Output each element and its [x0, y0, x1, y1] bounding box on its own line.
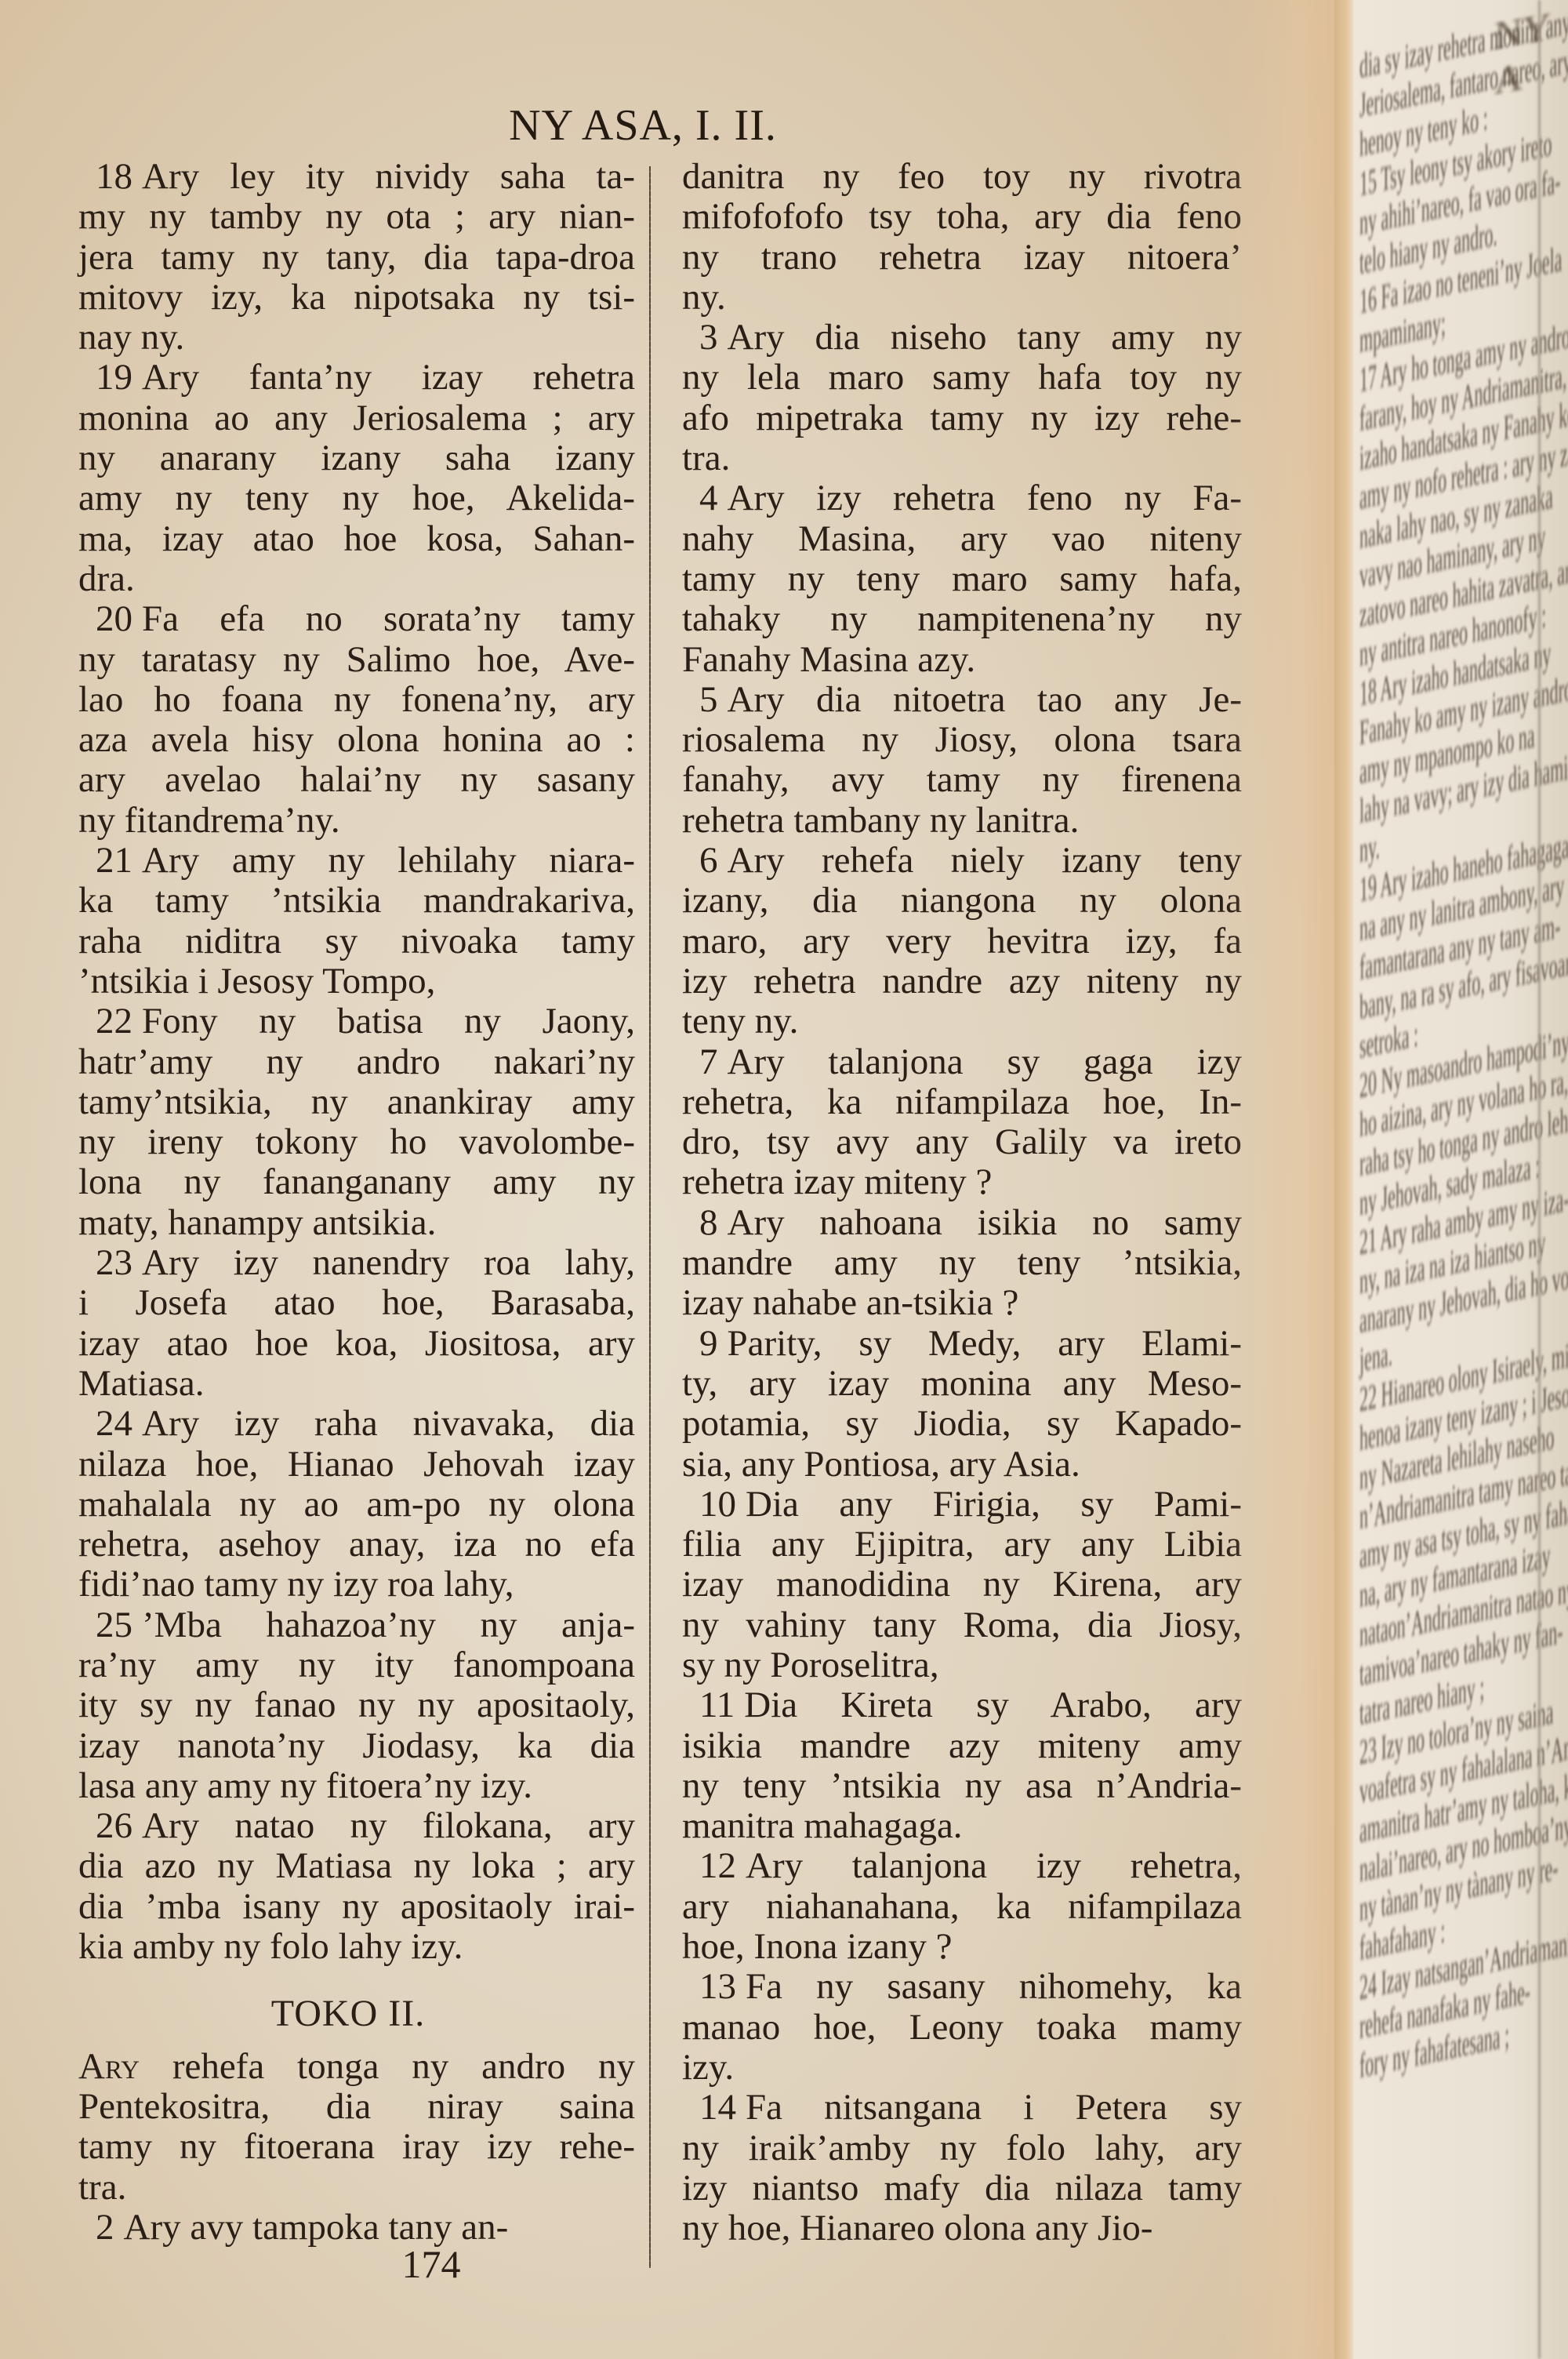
text-line: 8Ary nahoana isikia no samy: [665, 1203, 1242, 1243]
verse-number: 26: [96, 1805, 132, 1846]
verse-23: 23Ary izy nanendry roa lahy,i Josefa ata…: [61, 1243, 635, 1404]
verse-12: 12Ary talanjona izy rehetra,ary niahanah…: [665, 1846, 1242, 1967]
text-line: fidi’nao tamy ny izy roa lahy,: [61, 1565, 635, 1605]
text-line: ny ireny tokony ho vavolombe-: [61, 1122, 635, 1162]
text-line: sia, any Pontiosa, ary Asia.: [665, 1445, 1242, 1485]
verse-8: 8Ary nahoana isikia no samymandre amy ny…: [665, 1203, 1242, 1324]
text-line: 12Ary talanjona izy rehetra,: [665, 1846, 1242, 1886]
verse-number: 3: [699, 317, 718, 358]
verse-number: 25: [96, 1605, 132, 1645]
text-line: ny lela maro samy hafa toy ny: [665, 358, 1242, 398]
text-line: 26Ary natao ny filokana, ary: [61, 1806, 635, 1846]
text-line: izay nanota’ny Jiodasy, ka dia: [61, 1726, 635, 1766]
text-line: hatr’amy ny andro nakari’ny: [61, 1042, 635, 1082]
verse-number: 20: [96, 598, 132, 639]
text-line: ary avelao halai’ny ny sasany: [61, 760, 635, 800]
text-line: tra.: [665, 438, 1242, 478]
verse-10: 10Dia any Firigia, sy Pami-filia any Eji…: [665, 1485, 1242, 1685]
verse-number: 21: [96, 840, 132, 881]
verse-number: 10: [699, 1484, 736, 1525]
text-line: 10Dia any Firigia, sy Pami-: [665, 1485, 1242, 1525]
verse-18: 18Ary ley ity nividy saha ta-my ny tamby…: [61, 157, 635, 358]
text-line: 25’Mba hahazoa’ny ny anja-: [61, 1605, 635, 1645]
running-head: NY ASA, I. II.: [0, 100, 1286, 151]
verse-25: 25’Mba hahazoa’ny ny anja-ra’ny amy ny i…: [61, 1605, 635, 1806]
text-line: manitra mahagaga.: [665, 1806, 1242, 1846]
text-line: tamy’ntsikia, ny anankiray amy: [61, 1082, 635, 1122]
text-line: i Josefa atao hoe, Barasaba,: [61, 1283, 635, 1323]
page-number: 174: [329, 2241, 533, 2287]
right-column: danitra ny feo toy ny rivotramifofofofo …: [665, 157, 1242, 2248]
text-line: filia any Ejipitra, ary any Libia: [665, 1525, 1242, 1565]
text-line: nilaza hoe, Hianao Jehovah izay: [61, 1445, 635, 1485]
text-line: mahalala ny ao am-po ny olona: [61, 1485, 635, 1525]
text-line: izy rehetra nandre azy niteny ny: [665, 961, 1242, 1001]
text-line: 7Ary talanjona sy gaga izy: [665, 1042, 1242, 1082]
verse-11: 11Dia Kireta sy Arabo, aryisikia mandre …: [665, 1685, 1242, 1846]
text-line: hoe, Inona izany ?: [665, 1927, 1242, 1967]
verse-number: 8: [699, 1202, 718, 1243]
text-line: fanahy, avy tamy ny firenena: [665, 760, 1242, 800]
chapter-heading: TOKO II.: [61, 1994, 635, 2034]
text-line: tamy ny teny maro samy hafa,: [665, 559, 1242, 599]
text-line: 24Ary izy raha nivavaka, dia: [61, 1404, 635, 1444]
text-line: tra.: [61, 2168, 635, 2208]
text-line: 20Fa efa no sorata’ny tamy: [61, 599, 635, 639]
text-line: ty, ary izay monina any Meso-: [665, 1364, 1242, 1404]
text-line: ka tamy ’ntsikia mandrakariva,: [61, 881, 635, 921]
text-line: 4Ary izy rehetra feno ny Fa-: [665, 478, 1242, 518]
verse-number: 24: [96, 1403, 132, 1444]
left-column: 18Ary ley ity nividy saha ta-my ny tamby…: [61, 157, 635, 2248]
text-line: raha niditra sy nivoaka tamy: [61, 921, 635, 961]
text-line: 13Fa ny sasany nihomehy, ka: [665, 1967, 1242, 2007]
text-line: potamia, sy Jiodia, sy Kapado-: [665, 1404, 1242, 1444]
text-line: ny vahiny tany Roma, dia Jiosy,: [665, 1605, 1242, 1645]
text-line: jera tamy ny tany, dia tapa-droa: [61, 238, 635, 278]
page-gutter-edge: [1334, 0, 1355, 2359]
text-line: my ny tamby ny ota ; ary nian-: [61, 197, 635, 237]
text-line: ny anarany izany saha izany: [61, 438, 635, 478]
text-line: ny.: [665, 278, 1242, 318]
text-line: ity sy ny fanao ny ny apositaoly,: [61, 1685, 635, 1725]
verse-number: 5: [699, 679, 718, 720]
chapter-initial-word: Ary: [78, 2046, 140, 2087]
verse-number: 23: [96, 1242, 132, 1283]
text-line: ’ntsikia i Jesosy Tompo,: [61, 961, 635, 1001]
text-line: ny fitandrema’ny.: [61, 801, 635, 841]
verse-9: 9Parity, sy Medy, ary Elami-ty, ary izay…: [665, 1324, 1242, 1485]
verse-number: 4: [699, 478, 718, 518]
verse-22: 22Fony ny batisa ny Jaony,hatr’amy ny an…: [61, 1001, 635, 1243]
verse-7: 7Ary talanjona sy gaga izyrehetra, ka ni…: [665, 1042, 1242, 1203]
text-line: mandre amy ny teny ’ntsikia,: [665, 1243, 1242, 1283]
verse-3: 3Ary dia niseho tany amy nyny lela maro …: [665, 318, 1242, 478]
verse-19: 19Ary fanta’ny izay rehetramonina ao any…: [61, 358, 635, 599]
verse-24: 24Ary izy raha nivavaka, dianilaza hoe, …: [61, 1404, 635, 1605]
verse-number: 9: [699, 1323, 718, 1364]
text-line: izy niantso mafy dia nilaza tamy: [665, 2168, 1242, 2208]
text-line: lao ho foana ny fonena’ny, ary: [61, 680, 635, 720]
text-line: manao hoe, Leony toaka mamy: [665, 2008, 1242, 2048]
text-line: 5Ary dia nitoetra tao any Je-: [665, 680, 1242, 720]
text-line: izany, dia niangona ny olona: [665, 881, 1242, 921]
column-divider-rule: [649, 166, 651, 2268]
text-line: Fanahy Masina azy.: [665, 640, 1242, 680]
text-line: 14Fa nitsangana i Petera sy: [665, 2088, 1242, 2128]
verse-number: 12: [699, 1845, 736, 1886]
text-line: rehetra tambany ny lanitra.: [665, 801, 1242, 841]
text-line: tahaky ny nampitenena’ny ny: [665, 599, 1242, 639]
text-line: rehetra, ka nifampilaza hoe, In-: [665, 1082, 1242, 1122]
text-line: amy ny teny ny hoe, Akelida-: [61, 478, 635, 518]
text-line: dia azo ny Matiasa ny loka ; ary: [61, 1846, 635, 1886]
text-line: ary niahanahana, ka nifampilaza: [665, 1887, 1242, 1927]
verse-number: 11: [699, 1685, 735, 1725]
text-line: tamy ny fitoerana iray izy rehe-: [61, 2127, 635, 2167]
text-line: rehetra, asehoy anay, iza no efa: [61, 1525, 635, 1565]
text-line: maro, ary very hevitra izy, fa: [665, 921, 1242, 961]
verse-number: 18: [96, 156, 132, 197]
text-line: izay manodidina ny Kirena, ary: [665, 1565, 1242, 1605]
text-line: 6Ary rehefa niely izany teny: [665, 841, 1242, 881]
text-line: izy.: [665, 2048, 1242, 2088]
verse-13: 13Fa ny sasany nihomehy, kamanao hoe, Le…: [665, 1967, 1242, 2088]
verse-5: 5Ary dia nitoetra tao any Je-riosalema n…: [665, 680, 1242, 841]
text-line: sy ny Poroselitra,: [665, 1645, 1242, 1685]
verse-6: 6Ary rehefa niely izany tenyizany, dia n…: [665, 841, 1242, 1041]
text-line: ra’ny amy ny ity fanompoana: [61, 1645, 635, 1685]
text-line: isikia mandre azy miteny amy: [665, 1726, 1242, 1766]
text-line: lona ny fananganany amy ny: [61, 1162, 635, 1202]
text-line: nahy Masina, ary vao niteny: [665, 519, 1242, 559]
text-line: rehetra izay miteny ?: [665, 1162, 1242, 1202]
verse-14: 14Fa nitsangana i Petera syny iraik’amby…: [665, 2088, 1242, 2248]
text-line: 21Ary amy ny lehilahy niara-: [61, 841, 635, 881]
text-line: aza avela hisy olona honina ao :: [61, 720, 635, 760]
text-line: ny trano rehetra izay nitoera’: [665, 238, 1242, 278]
text-line: nay ny.: [61, 318, 635, 358]
text-line: Matiasa.: [61, 1364, 635, 1404]
text-line: danitra ny feo toy ny rivotra: [665, 157, 1242, 197]
adjacent-page-text: dia sy izay rehetra monina anyJeriosalem…: [1359, 4, 1563, 2086]
chapter-opening: Ary rehefa tonga ny andro nyPentekositra…: [61, 2047, 635, 2208]
verse-number: 2: [96, 2207, 114, 2248]
text-line: 18Ary ley ity nividy saha ta-: [61, 157, 635, 197]
text-line: izay atao hoe koa, Jiositosa, ary: [61, 1324, 635, 1364]
text-line: maty, hanampy antsikia.: [61, 1203, 635, 1243]
text-line: 9Parity, sy Medy, ary Elami-: [665, 1324, 1242, 1364]
book-page-left: NY ASA, I. II. 18Ary ley ity nividy saha…: [0, 0, 1334, 2359]
text-line: Pentekositra, dia niray saina: [61, 2087, 635, 2127]
text-line: riosalema ny Jiosy, olona tsara: [665, 720, 1242, 760]
text-line: afo mipetraka tamy ny izy rehe-: [665, 398, 1242, 438]
text-line: teny ny.: [665, 1001, 1242, 1041]
verse-4: 4Ary izy rehetra feno ny Fa-nahy Masina,…: [665, 478, 1242, 679]
text-line: mifofofofo tsy toha, ary dia feno: [665, 197, 1242, 237]
text-line: ma, izay atao hoe kosa, Sahan-: [61, 519, 635, 559]
verse-number: 19: [96, 357, 132, 398]
verse-number: 7: [699, 1041, 718, 1082]
verse-number: 14: [699, 2087, 736, 2128]
text-line: monina ao any Jeriosalema ; ary: [61, 398, 635, 438]
verse-26: 26Ary natao ny filokana, arydia azo ny M…: [61, 1806, 635, 1967]
text-line: 11Dia Kireta sy Arabo, ary: [665, 1685, 1242, 1725]
verse-continuation: danitra ny feo toy ny rivotramifofofofo …: [665, 157, 1242, 318]
text-line: izay nahabe an-tsikia ?: [665, 1283, 1242, 1323]
text-line: ny iraik’amby ny folo lahy, ary: [665, 2128, 1242, 2168]
text-line: ny hoe, Hianareo olona any Jio-: [665, 2208, 1242, 2248]
verse-20: 20Fa efa no sorata’ny tamyny taratasy ny…: [61, 599, 635, 841]
text-line: Ary rehefa tonga ny andro ny: [61, 2047, 635, 2087]
verse-21: 21Ary amy ny lehilahy niara-ka tamy ’nts…: [61, 841, 635, 1001]
text-line: 22Fony ny batisa ny Jaony,: [61, 1001, 635, 1041]
text-line: dia ’mba isany ny apositaoly irai-: [61, 1887, 635, 1927]
text-line: ny taratasy ny Salimo hoe, Ave-: [61, 640, 635, 680]
text-line: 3Ary dia niseho tany amy ny: [665, 318, 1242, 358]
adjacent-column-rule: [1538, 0, 1541, 2359]
text-line: kia amby ny folo lahy izy.: [61, 1927, 635, 1967]
adjacent-page-blurred: NY A dia sy izay rehetra monina anyJerio…: [1353, 0, 1568, 2359]
text-line: lasa any amy ny fitoera’ny izy.: [61, 1766, 635, 1806]
text-line: mitovy izy, ka nipotsaka ny tsi-: [61, 278, 635, 318]
text-line: 23Ary izy nanendry roa lahy,: [61, 1243, 635, 1283]
text-line: 19Ary fanta’ny izay rehetra: [61, 358, 635, 398]
verse-number: 6: [699, 840, 718, 881]
verse-number: 13: [699, 1966, 736, 2007]
verse-number: 22: [96, 1001, 132, 1041]
text-line: dro, tsy avy any Galily va ireto: [665, 1122, 1242, 1162]
text-line: dra.: [61, 559, 635, 599]
text-line: ny teny ’ntsikia ny asa n’Andria-: [665, 1766, 1242, 1806]
